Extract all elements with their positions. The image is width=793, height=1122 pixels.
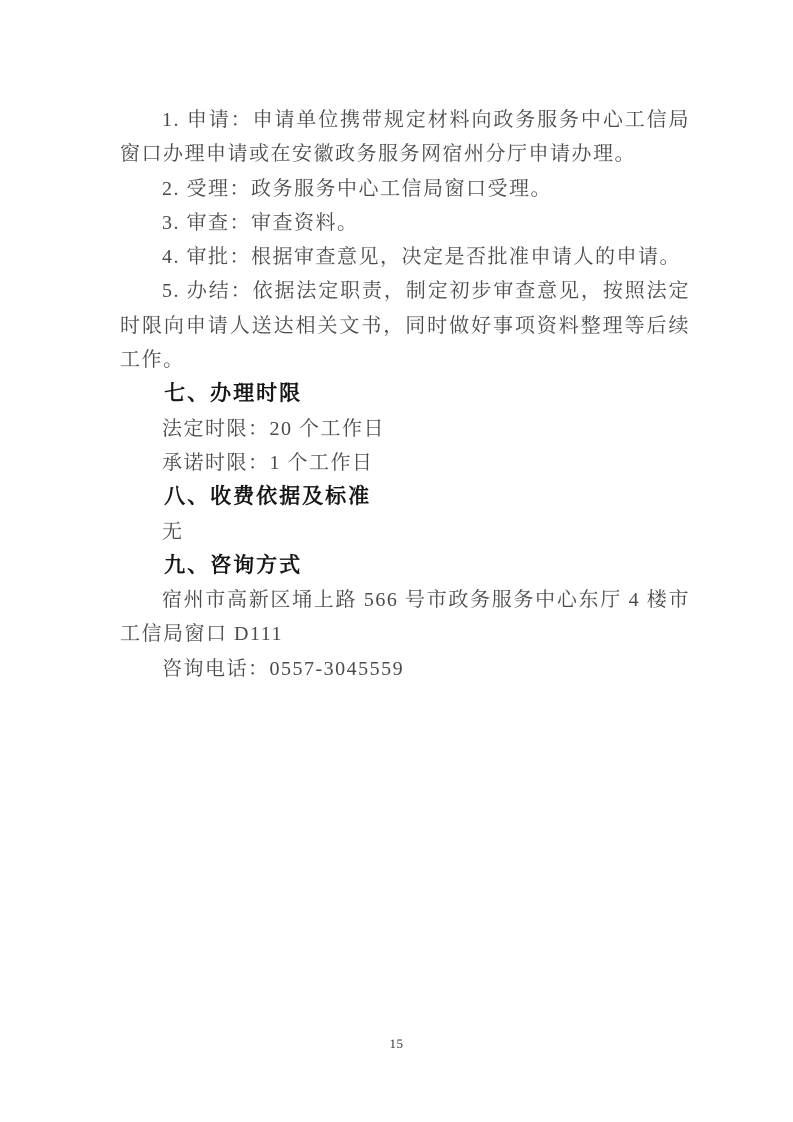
paragraph-step-accept: 2. 受理：政务服务中心工信局窗口受理。 (120, 172, 690, 206)
line-promised-time-limit: 承诺时限：1 个工作日 (120, 446, 690, 480)
heading-section-9-contact: 九、咨询方式 (120, 549, 690, 583)
line-statutory-time-limit: 法定时限：20 个工作日 (120, 412, 690, 446)
document-body: 1. 申请：申请单位携带规定材料向政务服务中心工信局窗口办理申请或在安徽政务服务… (120, 103, 690, 686)
line-phone-number: 咨询电话：0557-3045559 (120, 652, 690, 686)
page-number: 15 (0, 1036, 793, 1052)
paragraph-step-approve: 4. 审批：根据审查意见，决定是否批准申请人的申请。 (120, 240, 690, 274)
line-service-address: 宿州市高新区埇上路 566 号市政务服务中心东厅 4 楼市工信局窗口 D111 (120, 583, 690, 652)
line-fee-none: 无 (120, 515, 690, 549)
heading-section-8-fees: 八、收费依据及标准 (120, 480, 690, 514)
paragraph-step-apply: 1. 申请：申请单位携带规定材料向政务服务中心工信局窗口办理申请或在安徽政务服务… (120, 103, 690, 172)
paragraph-step-complete: 5. 办结：依据法定职责，制定初步审查意见，按照法定时限向申请人送达相关文书，同… (120, 274, 690, 377)
heading-section-7-time-limit: 七、办理时限 (120, 377, 690, 411)
document-page: 1. 申请：申请单位携带规定材料向政务服务中心工信局窗口办理申请或在安徽政务服务… (0, 0, 793, 1122)
paragraph-step-review: 3. 审查：审查资料。 (120, 206, 690, 240)
